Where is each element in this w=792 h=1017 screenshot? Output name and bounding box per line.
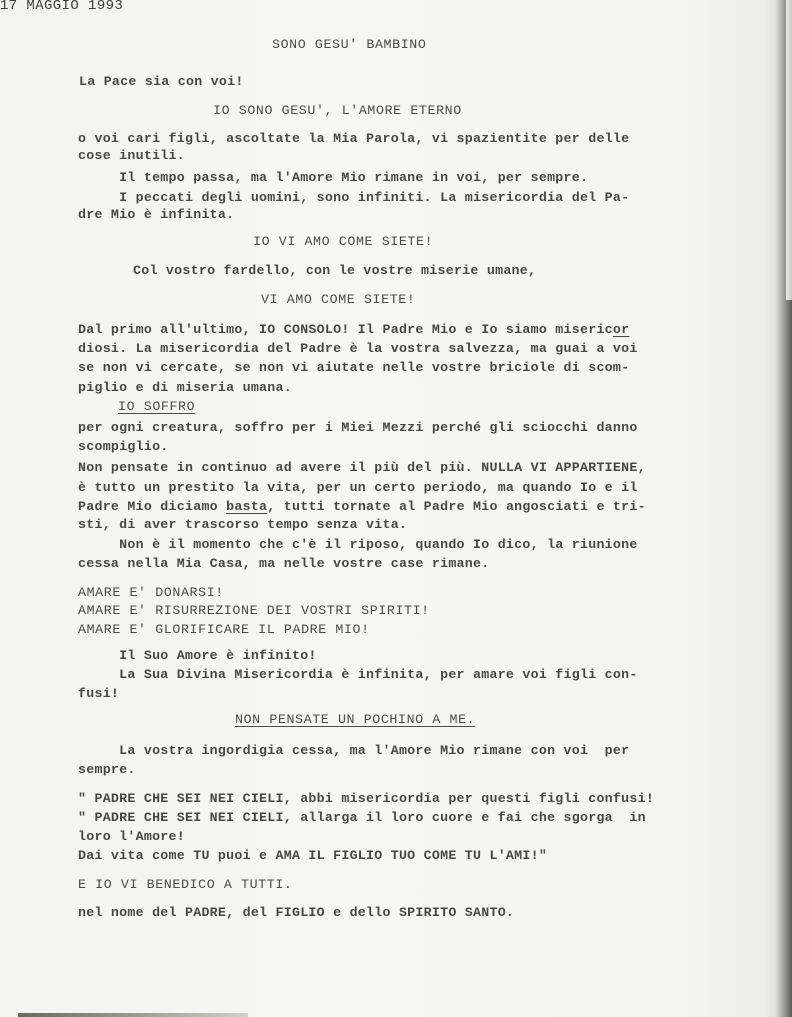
scan-shadow-bottom xyxy=(18,1013,248,1017)
prayer-line: " PADRE CHE SEI NEI CIELI, abbi miserico… xyxy=(78,791,654,807)
prayer-line: " PADRE CHE SEI NEI CIELI, allarga il lo… xyxy=(78,810,646,826)
paragraph-2-line: diosi. La misericordia del Padre è la vo… xyxy=(78,341,638,357)
greeting: La Pace sia con voi! xyxy=(79,74,244,90)
affirmation: AMARE E' DONARSI! xyxy=(78,585,224,601)
paragraph-3-line: è tutto un prestito la vita, per un cert… xyxy=(78,480,638,496)
paragraph-3-text: , tutti tornate al Padre Mio angosciati … xyxy=(267,499,646,514)
paragraph-3-text: Padre Mio diciamo xyxy=(78,499,226,514)
document-date: 17 MAGGIO 1993 xyxy=(0,0,123,14)
paragraph-3-line: Non è il momento che c'è il riposo, quan… xyxy=(78,537,638,553)
paragraph-1-line: o voi cari figli, ascoltate la Mia Parol… xyxy=(78,131,629,147)
heading-vi-amo-1: IO VI AMO COME SIETE! xyxy=(253,234,433,250)
scanned-page: 17 MAGGIO 1993 SONO GESU' BAMBINO La Pac… xyxy=(0,0,792,1017)
underlined-fragment: or xyxy=(613,322,629,337)
centered-line: Col vostro fardello, con le vostre miser… xyxy=(133,263,536,279)
paragraph-3-line: Padre Mio diciamo basta, tutti tornate a… xyxy=(78,499,646,515)
paragraph-4-line: fusi! xyxy=(78,686,119,702)
paragraph-2-line: se non vi cercate, se non vi aiutate nel… xyxy=(78,360,629,376)
paragraph-3-line: sti, di aver trascorso tempo senza vita. xyxy=(78,517,407,533)
blessing: E IO VI BENEDICO A TUTTI. xyxy=(78,877,293,893)
heading-io-soffro: IO SOFFRO xyxy=(118,399,195,415)
prayer-line: Dai vita come TU puoi e AMA IL FIGLIO TU… xyxy=(78,848,547,864)
heading-non-pensate: NON PENSATE UN POCHINO A ME. xyxy=(235,712,475,728)
paragraph-2-line: piglio e di miseria umana. xyxy=(78,380,292,396)
affirmation: AMARE E' GLORIFICARE IL PADRE MIO! xyxy=(78,622,370,638)
closing: nel nome del PADRE, del FIGLIO e dello S… xyxy=(78,905,514,921)
paper-edge-right xyxy=(786,0,792,300)
paragraph-1-line: I peccati degli uomini, sono infiniti. L… xyxy=(78,190,629,206)
paragraph-3-line: scompiglio. xyxy=(78,439,169,455)
underlined-word-basta: basta xyxy=(226,499,267,514)
paragraph-5-line: sempre. xyxy=(78,762,136,778)
heading-vi-amo-2: VI AMO COME SIETE! xyxy=(261,292,415,308)
prayer-line: loro l'Amore! xyxy=(78,829,185,845)
heading-amore-eterno: IO SONO GESU', L'AMORE ETERNO xyxy=(213,103,462,119)
affirmation: AMARE E' RISURREZIONE DEI VOSTRI SPIRITI… xyxy=(78,603,430,619)
paragraph-1-line: dre Mio è infinita. xyxy=(78,207,234,223)
paragraph-1-line: Il tempo passa, ma l'Amore Mio rimane in… xyxy=(78,170,588,186)
paragraph-4-line: Il Suo Amore è infinito! xyxy=(78,648,317,664)
paragraph-2-line: Dal primo all'ultimo, IO CONSOLO! Il Pad… xyxy=(78,322,629,338)
document-title: SONO GESU' BAMBINO xyxy=(272,37,426,53)
paragraph-3-line: per ogni creatura, soffro per i Miei Mez… xyxy=(78,420,638,436)
paragraph-3-line: Non pensate in continuo ad avere il più … xyxy=(78,460,646,476)
paragraph-4-line: La Sua Divina Misericordia è infinita, p… xyxy=(78,667,638,683)
paragraph-1-line: cose inutili. xyxy=(78,148,185,164)
paragraph-3-line: cessa nella Mia Casa, ma nelle vostre ca… xyxy=(78,556,489,572)
paragraph-2-text: Dal primo all'ultimo, IO CONSOLO! Il Pad… xyxy=(78,322,613,337)
paragraph-5-line: La vostra ingordigia cessa, ma l'Amore M… xyxy=(78,743,629,759)
